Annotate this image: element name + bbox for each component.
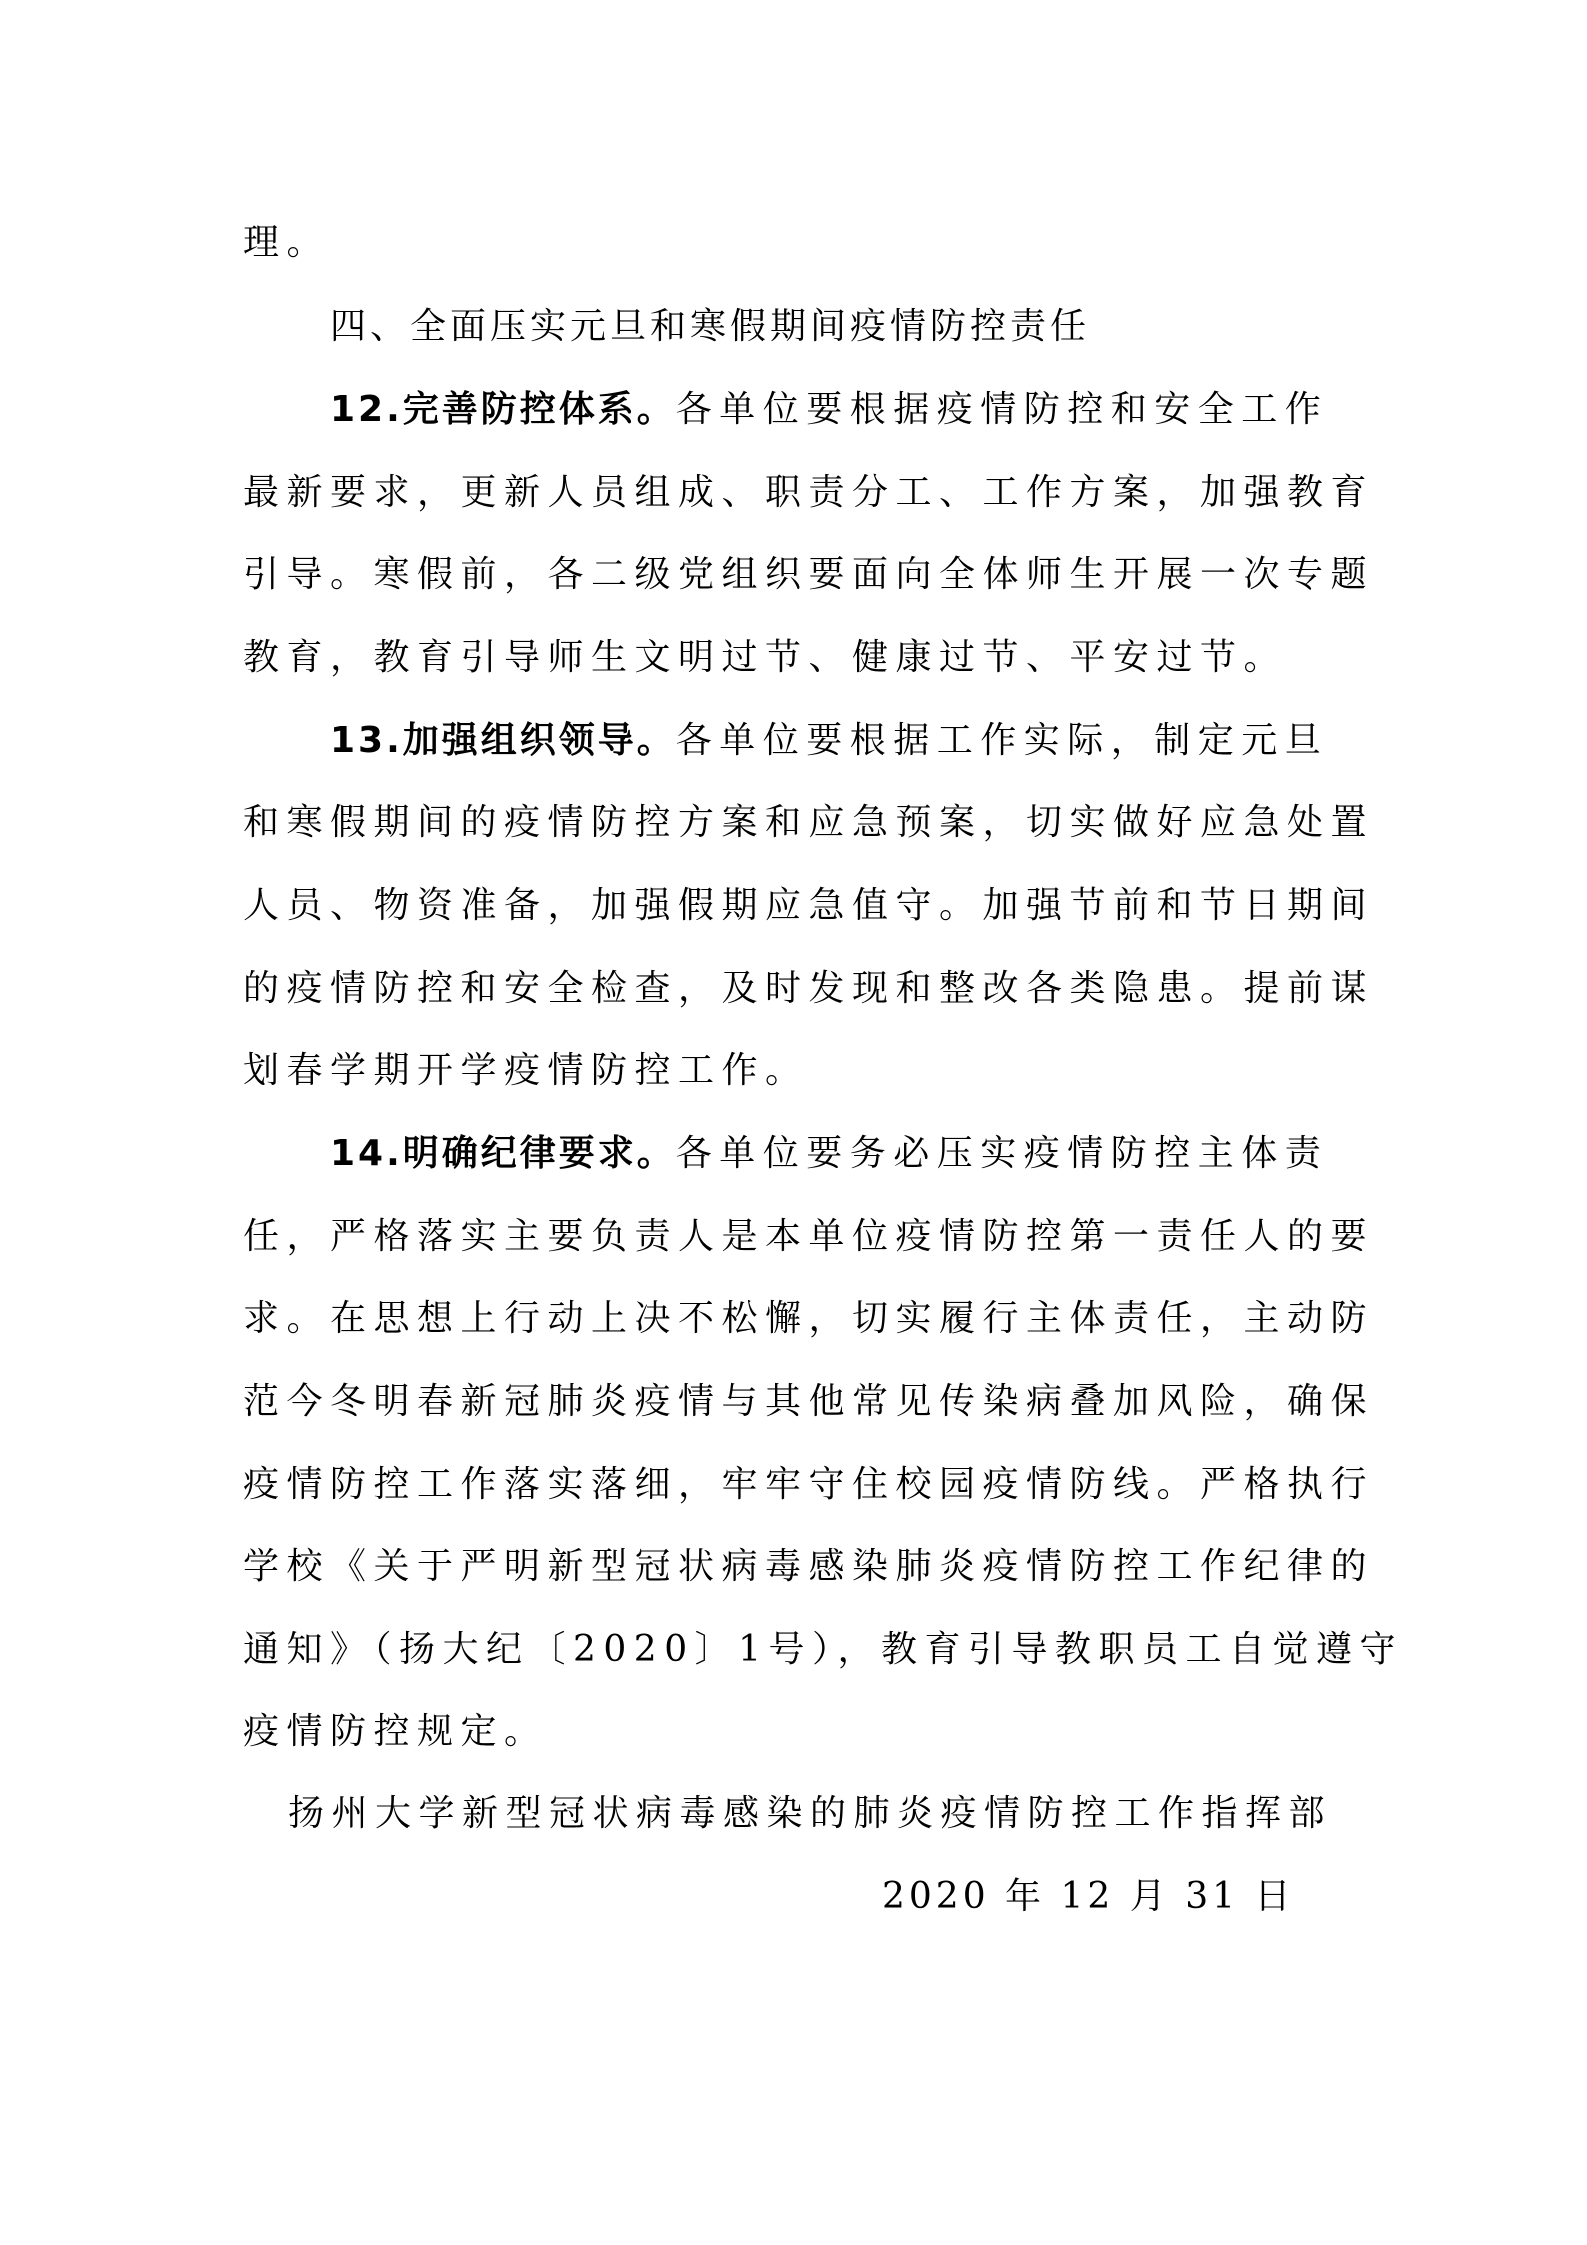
item-text: 各单位要根据疫情防控和安全工作 bbox=[676, 389, 1329, 430]
paragraph-line: 人员、物资准备，加强假期应急值守。加强节前和节日期间 bbox=[243, 876, 1353, 936]
paragraph-line: 求。在思想上行动上决不松懈，切实履行主体责任，主动防 bbox=[243, 1289, 1353, 1349]
item-text: 各单位要务必压实疫情防控主体责 bbox=[676, 1133, 1329, 1174]
paragraph-item-12: 12.完善防控体系。各单位要根据疫情防控和安全工作 bbox=[330, 380, 1440, 440]
paragraph-line: 教育，教育引导师生文明过节、健康过节、平安过节。 bbox=[243, 628, 1353, 688]
paragraph-line: 范今冬明春新冠肺炎疫情与其他常见传染病叠加风险，确保 bbox=[243, 1372, 1353, 1432]
section-heading: 四、全面压实元旦和寒假期间疫情防控责任 bbox=[330, 297, 1440, 357]
paragraph-line: 引导。寒假前，各二级党组织要面向全体师生开展一次专题 bbox=[243, 545, 1353, 605]
paragraph-line: 任，严格落实主要负责人是本单位疫情防控第一责任人的要 bbox=[243, 1207, 1353, 1267]
item-text: 各单位要根据工作实际，制定元旦 bbox=[676, 720, 1329, 761]
carryover-text: 理。 bbox=[243, 213, 1353, 273]
paragraph-line: 疫情防控工作落实落细，牢牢守住校园疫情防线。严格执行 bbox=[243, 1455, 1353, 1515]
date: 2020 年 12 月 31 日 bbox=[882, 1867, 1587, 1927]
paragraph-line: 疫情防控规定。 bbox=[243, 1702, 1353, 1762]
signature: 扬州大学新型冠状病毒感染的肺炎疫情防控工作指挥部 bbox=[288, 1784, 1398, 1844]
paragraph-line: 最新要求，更新人员组成、职责分工、工作方案，加强教育 bbox=[243, 463, 1353, 523]
paragraph-line: 学校《关于严明新型冠状病毒感染肺炎疫情防控工作纪律的 bbox=[243, 1537, 1353, 1597]
item-lead: 14.明确纪律要求。 bbox=[330, 1133, 676, 1174]
paragraph-line: 的疫情防控和安全检查，及时发现和整改各类隐患。提前谋 bbox=[243, 959, 1353, 1019]
paragraph-line: 划春学期开学疫情防控工作。 bbox=[243, 1041, 1353, 1101]
item-lead: 13.加强组织领导。 bbox=[330, 720, 676, 761]
paragraph-item-13: 13.加强组织领导。各单位要根据工作实际，制定元旦 bbox=[330, 711, 1440, 771]
paragraph-line: 和寒假期间的疫情防控方案和应急预案，切实做好应急处置 bbox=[243, 793, 1353, 853]
item-lead: 12.完善防控体系。 bbox=[330, 389, 676, 430]
paragraph-line: 通知》（扬大纪〔2020〕1号），教育引导教职员工自觉遵守 bbox=[243, 1620, 1353, 1680]
paragraph-item-14: 14.明确纪律要求。各单位要务必压实疫情防控主体责 bbox=[330, 1124, 1440, 1184]
